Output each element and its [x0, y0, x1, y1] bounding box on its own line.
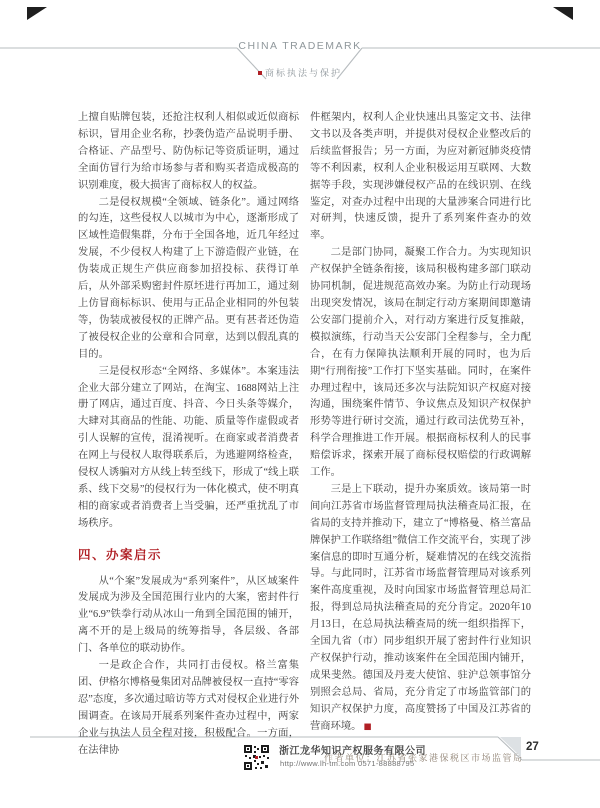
paragraph-text: 三是上下联动，提升办案质效。该局第一时间向江苏省市场监督管理局执法稽查局汇报，在…	[310, 484, 531, 732]
magazine-page: CHINA TRADEMARK 商标执法与保护 上擅自贴牌包装，还抢注权利人相似…	[0, 0, 600, 808]
paragraph: 从“个案”发展成为“系列案件”，从区域案件发展成为涉及全国范围行业内的大案，密封…	[78, 574, 299, 659]
section-heading: 四、办案启示	[78, 547, 299, 564]
red-square-bullet	[258, 71, 262, 75]
section-label-text: 商标执法与保护	[265, 68, 342, 78]
paragraph: 件框架内，权利人企业快速出具鉴定文书、法律文书以及各类声明，并提供对侵权企业整改…	[310, 110, 531, 245]
footer-rule	[0, 728, 600, 808]
article-body: 上擅自贴牌包装，还抢注权利人相似或近似商标标识，冒用企业名称，抄袭伪造产品说明手…	[78, 110, 531, 766]
journal-title: CHINA TRADEMARK	[238, 40, 362, 52]
page-number: 27	[526, 741, 539, 753]
qr-code-icon	[243, 744, 270, 771]
paragraph: 三是上下联动，提升办案质效。该局第一时间向江苏省市场监督管理局执法稽查局汇报，在…	[310, 482, 531, 736]
footer-website-phone: http://www.lh-tm.com 0571-88888795	[280, 759, 414, 768]
section-label: 商标执法与保护	[252, 66, 348, 79]
paragraph: 二是侵权规模“全领域、链条化”。通过网络的勾连，这些侵权人以城市为中心，逐渐形成…	[78, 195, 299, 364]
paragraph: 上擅自贴牌包装，还抢注权利人相似或近似商标标识，冒用企业名称，抄袭伪造产品说明手…	[78, 110, 299, 195]
paragraph: 二是部门协同，凝聚工作合力。为实现知识产权保护全链条衔接，该局积极构建多部门联动…	[310, 245, 531, 482]
paragraph: 三是侵权形态“全网络、多媒体”。本案违法企业大部分建立了网站，在淘宝、1688网…	[78, 364, 299, 533]
footer-company-name: 浙江龙华知识产权服务有限公司	[279, 742, 426, 757]
left-column: 上擅自贴牌包装，还抢注权利人相似或近似商标标识，冒用企业名称，抄袭伪造产品说明手…	[78, 110, 299, 766]
right-column: 件框架内，权利人企业快速出具鉴定文书、法律文书以及各类声明，并提供对侵权企业整改…	[310, 110, 531, 766]
